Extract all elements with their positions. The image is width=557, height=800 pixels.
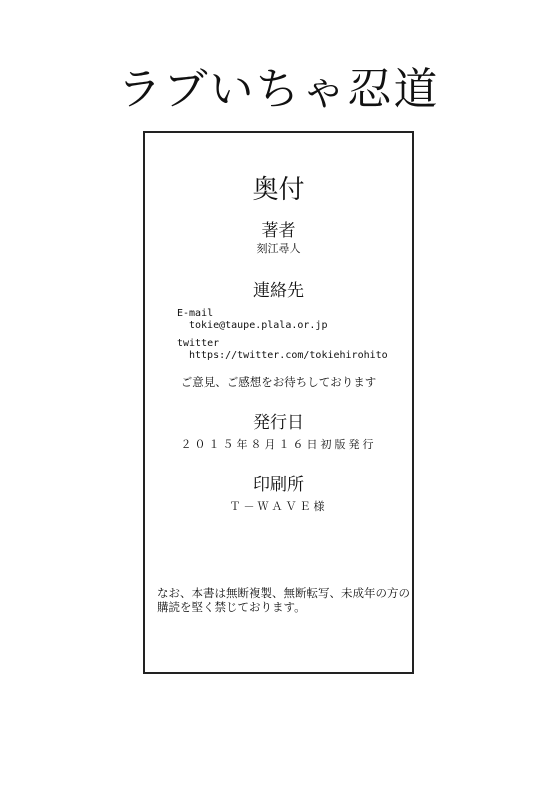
email-address[interactable]: tokie@taupe.plala.or.jp xyxy=(189,320,327,332)
twitter-url[interactable]: https://twitter.com/tokiehirohito xyxy=(189,350,388,362)
notice-line-2: 購読を堅く禁じております。 xyxy=(157,600,410,614)
book-title: ラブいちゃ忍道 xyxy=(0,62,557,118)
colophon-box: 奥付 著者 刻江尋人 連絡先 E-mail tokie@taupe.plala.… xyxy=(143,131,414,674)
contact-label: 連絡先 xyxy=(145,276,412,301)
author-name: 刻江尋人 xyxy=(145,240,412,256)
feedback-message: ご意見、ご感想をお待ちしております xyxy=(145,374,412,390)
publish-label: 発行日 xyxy=(145,408,412,433)
email-label: E-mail xyxy=(177,308,213,320)
author-label: 著者 xyxy=(145,216,412,241)
notice-line-1: なお、本書は無断複製、無断転写、未成年の方の xyxy=(157,586,410,600)
twitter-label: twitter xyxy=(177,338,219,350)
printer-name: Ｔ－ＷＡＶＥ様 xyxy=(145,498,412,514)
publish-date: ２０１５年８月１６日初版発行 xyxy=(145,436,412,452)
colophon-heading: 奥付 xyxy=(145,169,412,206)
copyright-notice: なお、本書は無断複製、無断転写、未成年の方の 購読を堅く禁じております。 xyxy=(157,586,410,614)
printer-label: 印刷所 xyxy=(145,470,412,495)
